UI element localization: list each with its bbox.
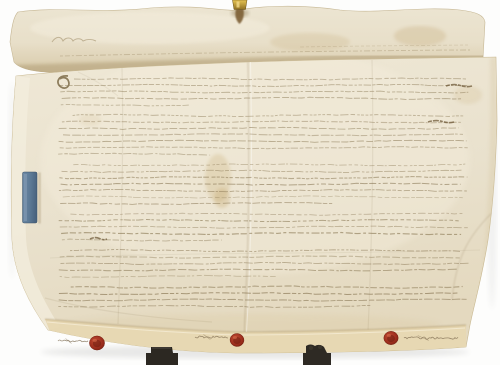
- wax-seal-3: [384, 331, 399, 345]
- wax-seal-1: [89, 336, 104, 350]
- photo-stage: [0, 0, 500, 365]
- stain: [270, 33, 350, 51]
- manuscript-photo: [0, 0, 500, 365]
- shelf-tag: [23, 172, 42, 224]
- stain: [394, 26, 446, 46]
